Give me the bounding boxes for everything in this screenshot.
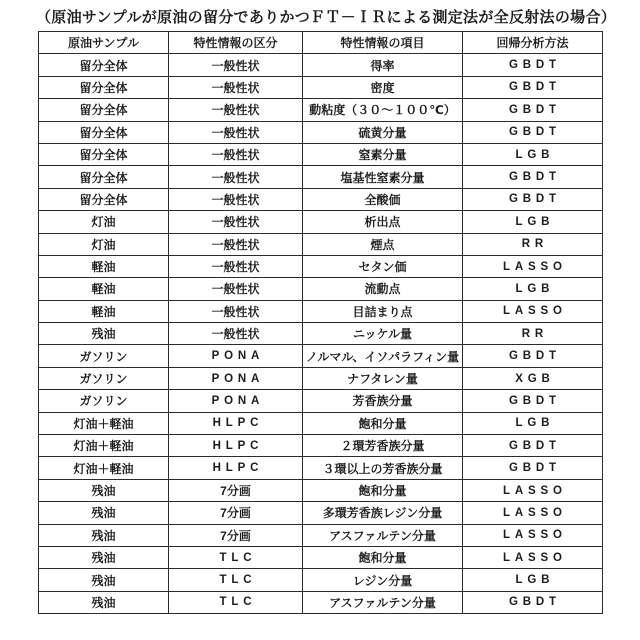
table-cell: 塩基性窒素分量 bbox=[303, 166, 463, 188]
table-cell: LASSO bbox=[463, 255, 603, 277]
table-cell: LGB bbox=[463, 278, 603, 300]
table-cell: 灯油 bbox=[39, 211, 169, 233]
table-row: 灯油＋軽油HLPC３環以上の芳香族分量GBDT bbox=[39, 457, 603, 479]
table-cell: 留分全体 bbox=[39, 121, 169, 143]
table-cell: アスファルテン分量 bbox=[303, 524, 463, 546]
table-cell: 留分全体 bbox=[39, 166, 169, 188]
table-row: 灯油＋軽油HLPC２環芳香族分量GBDT bbox=[39, 435, 603, 457]
table-cell: GBDT bbox=[463, 188, 603, 210]
table-cell: PONA bbox=[169, 390, 303, 412]
table-cell: 一般性状 bbox=[169, 54, 303, 76]
table-cell: HLPC bbox=[169, 412, 303, 434]
table-cell: 軽油 bbox=[39, 300, 169, 322]
table-cell: 一般性状 bbox=[169, 76, 303, 98]
table-cell: 一般性状 bbox=[169, 166, 303, 188]
table-cell: 灯油 bbox=[39, 233, 169, 255]
table-cell: LASSO bbox=[463, 502, 603, 524]
table-cell: LASSO bbox=[463, 300, 603, 322]
table-cell: 一般性状 bbox=[169, 278, 303, 300]
table-cell: 留分全体 bbox=[39, 54, 169, 76]
table-row: 残油TLCアスファルテン分量GBDT bbox=[39, 591, 603, 613]
table-row: 留分全体一般性状動粘度（３０～１００℃）GBDT bbox=[39, 99, 603, 121]
table-cell: 残油 bbox=[39, 479, 169, 501]
table-cell: ３環以上の芳香族分量 bbox=[303, 457, 463, 479]
table-cell: 一般性状 bbox=[169, 211, 303, 233]
table-cell: 動粘度（３０～１００℃） bbox=[303, 99, 463, 121]
table-cell: GBDT bbox=[463, 76, 603, 98]
table-cell: 飽和分量 bbox=[303, 546, 463, 568]
header-property-category: 特性情報の区分 bbox=[169, 32, 303, 54]
table-cell: 一般性状 bbox=[169, 143, 303, 165]
table-cell: 留分全体 bbox=[39, 143, 169, 165]
table-cell: LGB bbox=[463, 211, 603, 233]
table-cell: 残油 bbox=[39, 591, 169, 613]
table-cell: レジン分量 bbox=[303, 569, 463, 591]
table-cell: 芳香族分量 bbox=[303, 390, 463, 412]
table-cell: 7分画 bbox=[169, 524, 303, 546]
table-cell: 留分全体 bbox=[39, 76, 169, 98]
table-cell: GBDT bbox=[463, 121, 603, 143]
document-page: （原油サンプルが原油の留分でありかつＦＴ－ＩＲによる測定法が全反射法の場合） 原… bbox=[0, 0, 640, 640]
table-cell: 流動点 bbox=[303, 278, 463, 300]
table-cell: 軽油 bbox=[39, 278, 169, 300]
table-cell: 残油 bbox=[39, 546, 169, 568]
table-row: 留分全体一般性状硫黄分量GBDT bbox=[39, 121, 603, 143]
table-cell: PONA bbox=[169, 345, 303, 367]
table-row: 留分全体一般性状全酸価GBDT bbox=[39, 188, 603, 210]
table-row: 残油7分画多環芳香族レジン分量LASSO bbox=[39, 502, 603, 524]
table-row: ガソリンPONAノルマル、イソパラフィン量GBDT bbox=[39, 345, 603, 367]
table-cell: GBDT bbox=[463, 99, 603, 121]
table-cell: HLPC bbox=[169, 435, 303, 457]
table-cell: 密度 bbox=[303, 76, 463, 98]
table-cell: ２環芳香族分量 bbox=[303, 435, 463, 457]
table-cell: XGB bbox=[463, 367, 603, 389]
table-cell: LASSO bbox=[463, 479, 603, 501]
table-cell: 飽和分量 bbox=[303, 412, 463, 434]
table-cell: 全酸価 bbox=[303, 188, 463, 210]
table-cell: 一般性状 bbox=[169, 121, 303, 143]
table-cell: GBDT bbox=[463, 457, 603, 479]
table-cell: RR bbox=[463, 233, 603, 255]
header-crude-oil-sample: 原油サンプル bbox=[39, 32, 169, 54]
table-cell: 煙点 bbox=[303, 233, 463, 255]
table-cell: ノルマル、イソパラフィン量 bbox=[303, 345, 463, 367]
table-row: 残油TLC飽和分量LASSO bbox=[39, 546, 603, 568]
table-cell: TLC bbox=[169, 569, 303, 591]
table-row: 軽油一般性状セタン価LASSO bbox=[39, 255, 603, 277]
table-row: 残油7分画飽和分量LASSO bbox=[39, 479, 603, 501]
table-cell: 飽和分量 bbox=[303, 479, 463, 501]
table-cell: ナフタレン量 bbox=[303, 367, 463, 389]
table-cell: アスファルテン分量 bbox=[303, 591, 463, 613]
table-cell: 7分画 bbox=[169, 479, 303, 501]
properties-table: 原油サンプル 特性情報の区分 特性情報の項目 回帰分析方法 留分全体一般性状得率… bbox=[38, 31, 603, 614]
table-row: 軽油一般性状流動点LGB bbox=[39, 278, 603, 300]
table-cell: GBDT bbox=[463, 54, 603, 76]
table-cell: 一般性状 bbox=[169, 188, 303, 210]
table-cell: 一般性状 bbox=[169, 300, 303, 322]
table-row: 軽油一般性状目詰まり点LASSO bbox=[39, 300, 603, 322]
table-cell: 灯油＋軽油 bbox=[39, 412, 169, 434]
table-cell: 7分画 bbox=[169, 502, 303, 524]
table-cell: 灯油＋軽油 bbox=[39, 435, 169, 457]
table-cell: LASSO bbox=[463, 524, 603, 546]
table-cell: GBDT bbox=[463, 591, 603, 613]
table-row: 残油7分画アスファルテン分量LASSO bbox=[39, 524, 603, 546]
table-cell: 硫黄分量 bbox=[303, 121, 463, 143]
table-cell: HLPC bbox=[169, 457, 303, 479]
table-cell: 窒素分量 bbox=[303, 143, 463, 165]
table-row: 留分全体一般性状得率GBDT bbox=[39, 54, 603, 76]
table-cell: GBDT bbox=[463, 435, 603, 457]
table-cell: 軽油 bbox=[39, 255, 169, 277]
document-title: （原油サンプルが原油の留分でありかつＦＴ－ＩＲによる測定法が全反射法の場合） bbox=[36, 6, 604, 27]
table-cell: 留分全体 bbox=[39, 99, 169, 121]
table-row: 留分全体一般性状窒素分量LGB bbox=[39, 143, 603, 165]
table-cell: ガソリン bbox=[39, 390, 169, 412]
table-cell: RR bbox=[463, 323, 603, 345]
table-cell: GBDT bbox=[463, 345, 603, 367]
table-cell: 得率 bbox=[303, 54, 463, 76]
table-cell: GBDT bbox=[463, 166, 603, 188]
table-row: 留分全体一般性状密度GBDT bbox=[39, 76, 603, 98]
table-cell: LGB bbox=[463, 143, 603, 165]
table-cell: 析出点 bbox=[303, 211, 463, 233]
table-cell: 一般性状 bbox=[169, 255, 303, 277]
table-cell: TLC bbox=[169, 591, 303, 613]
table-cell: LGB bbox=[463, 569, 603, 591]
table-row: 残油TLCレジン分量LGB bbox=[39, 569, 603, 591]
table-cell: 一般性状 bbox=[169, 233, 303, 255]
table-cell: TLC bbox=[169, 546, 303, 568]
header-regression-method: 回帰分析方法 bbox=[463, 32, 603, 54]
table-row: 灯油一般性状煙点RR bbox=[39, 233, 603, 255]
table-cell: GBDT bbox=[463, 390, 603, 412]
table-row: ガソリンPONA芳香族分量GBDT bbox=[39, 390, 603, 412]
table-cell: 残油 bbox=[39, 502, 169, 524]
table-row: 残油一般性状ニッケル量RR bbox=[39, 323, 603, 345]
table-body: 留分全体一般性状得率GBDT留分全体一般性状密度GBDT留分全体一般性状動粘度（… bbox=[39, 54, 603, 614]
table-cell: PONA bbox=[169, 367, 303, 389]
table-cell: セタン価 bbox=[303, 255, 463, 277]
table-cell: 留分全体 bbox=[39, 188, 169, 210]
table-row: 灯油一般性状析出点LGB bbox=[39, 211, 603, 233]
table-row: 留分全体一般性状塩基性窒素分量GBDT bbox=[39, 166, 603, 188]
table-cell: 残油 bbox=[39, 569, 169, 591]
table-cell: LGB bbox=[463, 412, 603, 434]
table-cell: 一般性状 bbox=[169, 323, 303, 345]
table-cell: ガソリン bbox=[39, 367, 169, 389]
table-cell: 目詰まり点 bbox=[303, 300, 463, 322]
table-cell: 灯油＋軽油 bbox=[39, 457, 169, 479]
header-property-item: 特性情報の項目 bbox=[303, 32, 463, 54]
table-cell: 残油 bbox=[39, 524, 169, 546]
table-cell: 残油 bbox=[39, 323, 169, 345]
table-header-row: 原油サンプル 特性情報の区分 特性情報の項目 回帰分析方法 bbox=[39, 32, 603, 54]
table-row: 灯油＋軽油HLPC飽和分量LGB bbox=[39, 412, 603, 434]
table-row: ガソリンPONAナフタレン量XGB bbox=[39, 367, 603, 389]
table-cell: 多環芳香族レジン分量 bbox=[303, 502, 463, 524]
table-cell: 一般性状 bbox=[169, 99, 303, 121]
table-cell: ニッケル量 bbox=[303, 323, 463, 345]
table-cell: ガソリン bbox=[39, 345, 169, 367]
table-cell: LASSO bbox=[463, 546, 603, 568]
